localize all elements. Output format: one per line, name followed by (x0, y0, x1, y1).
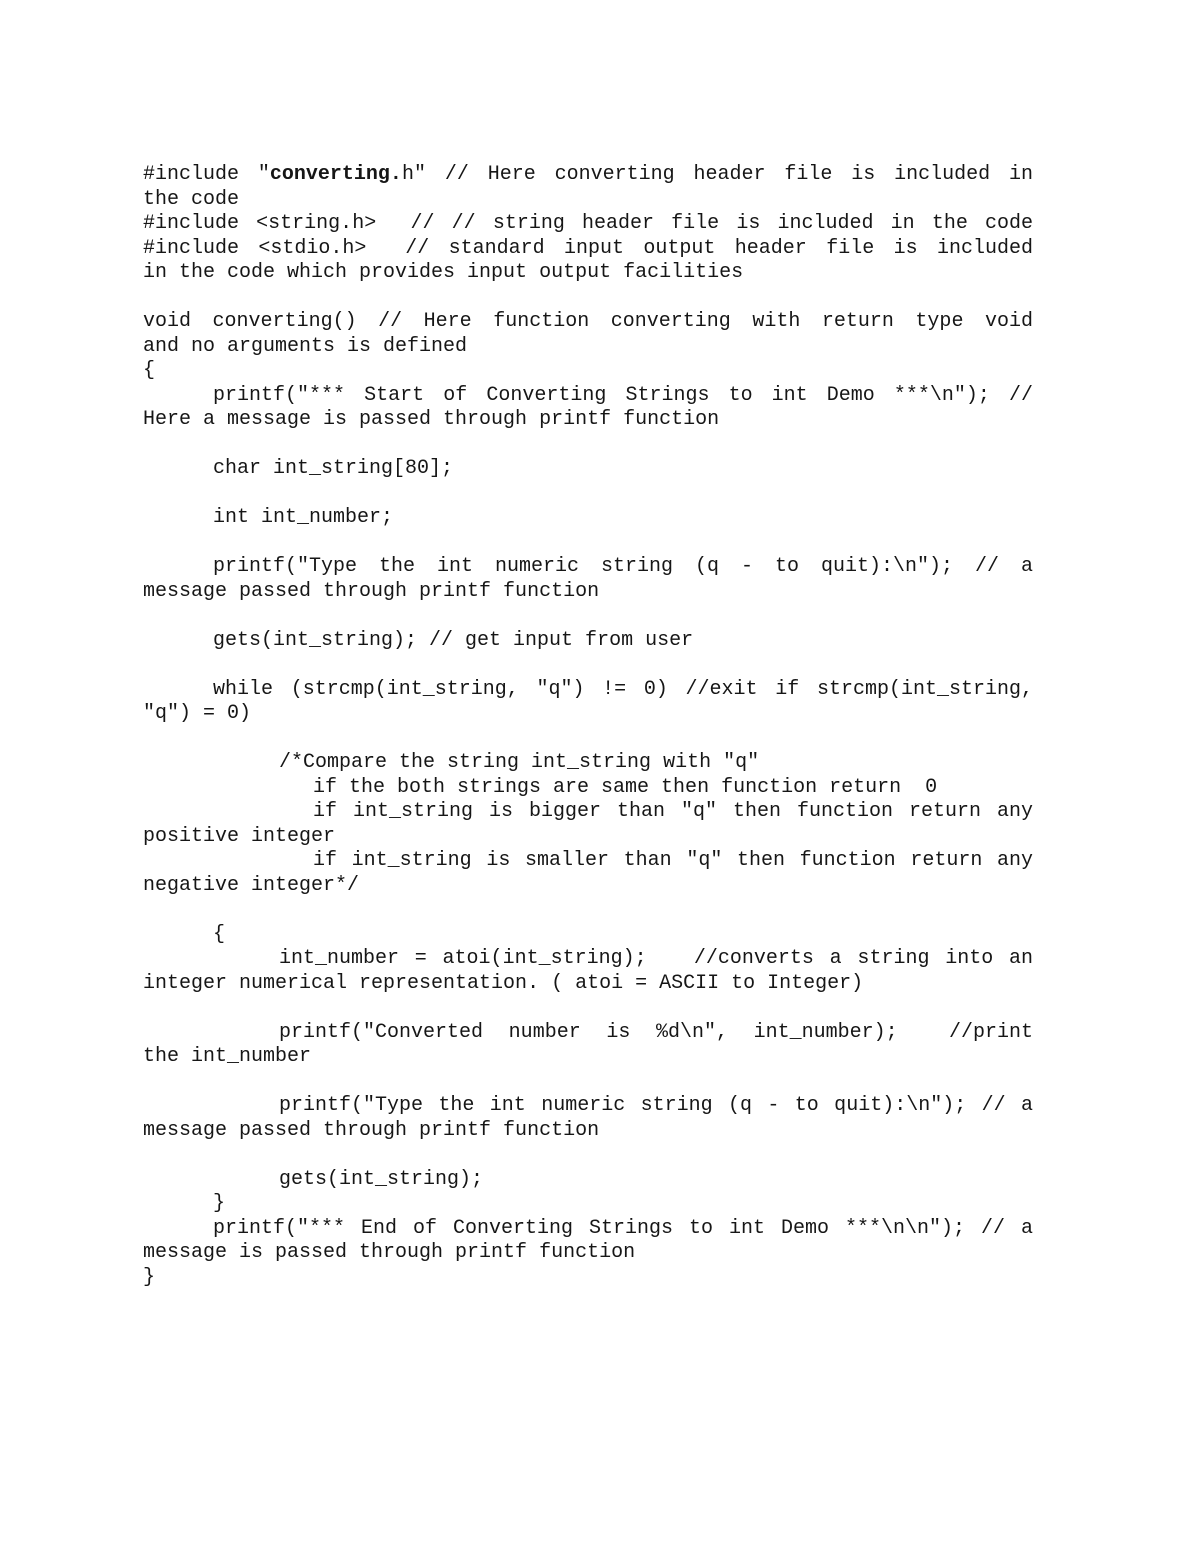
code-line: gets(int_string); (143, 1168, 1033, 1193)
code-text: #include " (143, 163, 270, 186)
code-line: { (143, 359, 1033, 384)
code-line: while (strcmp(int_string, "q") != 0) //e… (143, 678, 1033, 703)
blank-line (143, 531, 1033, 556)
code-text: printf("Type the int numeric string (q -… (213, 555, 1033, 578)
code-text: in the code which provides input output … (143, 261, 743, 284)
code-text: #include <stdio.h> // standard input out… (143, 237, 1033, 260)
code-line: #include <string.h> // // string header … (143, 212, 1033, 237)
code-line: gets(int_string); // get input from user (143, 629, 1033, 654)
code-text: gets(int_string); (279, 1168, 483, 1191)
code-line: Here a message is passed through printf … (143, 408, 1033, 433)
code-line: if int_string is bigger than "q" then fu… (143, 800, 1033, 825)
code-text: { (213, 923, 225, 946)
code-text: negative integer*/ (143, 874, 359, 897)
code-line: /*Compare the string int_string with "q" (143, 751, 1033, 776)
blank-line (143, 1070, 1033, 1095)
code-line: printf("Type the int numeric string (q -… (143, 555, 1033, 580)
code-text: printf("*** Start of Converting Strings … (213, 384, 1033, 407)
code-line: } (143, 1266, 1033, 1291)
code-text: positive integer (143, 825, 335, 848)
code-line: int int_number; (143, 506, 1033, 531)
code-line: printf("*** Start of Converting Strings … (143, 384, 1033, 409)
code-line: int_number = atoi(int_string); //convert… (143, 947, 1033, 972)
code-text: Here a message is passed through printf … (143, 408, 719, 431)
code-text: integer numerical representation. ( atoi… (143, 972, 863, 995)
code-line: in the code which provides input output … (143, 261, 1033, 286)
code-line: message is passed through printf functio… (143, 1241, 1033, 1266)
code-line: if int_string is smaller than "q" then f… (143, 849, 1033, 874)
code-line: printf("*** End of Converting Strings to… (143, 1217, 1033, 1242)
code-line: printf("Converted number is %d\n", int_n… (143, 1021, 1033, 1046)
code-line: positive integer (143, 825, 1033, 850)
code-line: message passed through printf function (143, 1119, 1033, 1144)
code-line: integer numerical representation. ( atoi… (143, 972, 1033, 997)
code-line: void converting() // Here function conve… (143, 310, 1033, 335)
code-line: printf("Type the int numeric string (q -… (143, 1094, 1033, 1119)
blank-line (143, 727, 1033, 752)
code-line: the code (143, 188, 1033, 213)
code-text: message passed through printf function (143, 1119, 599, 1142)
blank-line (143, 433, 1033, 458)
code-text: if int_string is smaller than "q" then f… (313, 849, 1033, 872)
code-text: h" // Here converting header file is inc… (402, 163, 1033, 186)
code-text: while (strcmp(int_string, "q") != 0) //e… (213, 678, 1033, 701)
code-line: #include "converting.h" // Here converti… (143, 163, 1033, 188)
code-text: the code (143, 188, 239, 211)
code-document: #include "converting.h" // Here converti… (0, 0, 1200, 1553)
document-page: { "page": { "background_color": "#ffffff… (0, 0, 1200, 1553)
code-text: the int_number (143, 1045, 311, 1068)
code-text: { (143, 359, 155, 382)
code-text: void converting() // Here function conve… (143, 310, 1033, 333)
blank-line (143, 286, 1033, 311)
code-line: #include <stdio.h> // standard input out… (143, 237, 1033, 262)
code-line: negative integer*/ (143, 874, 1033, 899)
code-text: printf("Converted number is %d\n", int_n… (279, 1021, 1033, 1044)
code-text: char int_string[80]; (213, 457, 453, 480)
code-text: int int_number; (213, 506, 393, 529)
code-line: if the both strings are same then functi… (143, 776, 1033, 801)
code-line: "q") = 0) (143, 702, 1033, 727)
code-text: and no arguments is defined (143, 335, 467, 358)
code-text: printf("*** End of Converting Strings to… (213, 1217, 1033, 1240)
code-text-bold: converting. (270, 163, 402, 186)
blank-line (143, 604, 1033, 629)
code-text: #include <string.h> // // string header … (143, 212, 1033, 235)
code-text: if the both strings are same then functi… (313, 776, 937, 799)
code-text: } (213, 1192, 225, 1215)
code-text: "q") = 0) (143, 702, 251, 725)
code-line: and no arguments is defined (143, 335, 1033, 360)
code-text: } (143, 1266, 155, 1289)
code-line: } (143, 1192, 1033, 1217)
code-line: message passed through printf function (143, 580, 1033, 605)
code-line: { (143, 923, 1033, 948)
blank-line (143, 996, 1033, 1021)
code-text: gets(int_string); // get input from user (213, 629, 693, 652)
blank-line (143, 1143, 1033, 1168)
blank-line (143, 898, 1033, 923)
code-line: char int_string[80]; (143, 457, 1033, 482)
blank-line (143, 482, 1033, 507)
code-text: int_number = atoi(int_string); //convert… (279, 947, 1033, 970)
code-text-block: #include "converting.h" // Here converti… (143, 163, 1033, 1290)
code-text: /*Compare the string int_string with "q" (279, 751, 759, 774)
code-line: the int_number (143, 1045, 1033, 1070)
code-text: message passed through printf function (143, 580, 599, 603)
blank-line (143, 653, 1033, 678)
code-text: printf("Type the int numeric string (q -… (279, 1094, 1033, 1117)
code-text: message is passed through printf functio… (143, 1241, 635, 1264)
code-text: if int_string is bigger than "q" then fu… (313, 800, 1033, 823)
